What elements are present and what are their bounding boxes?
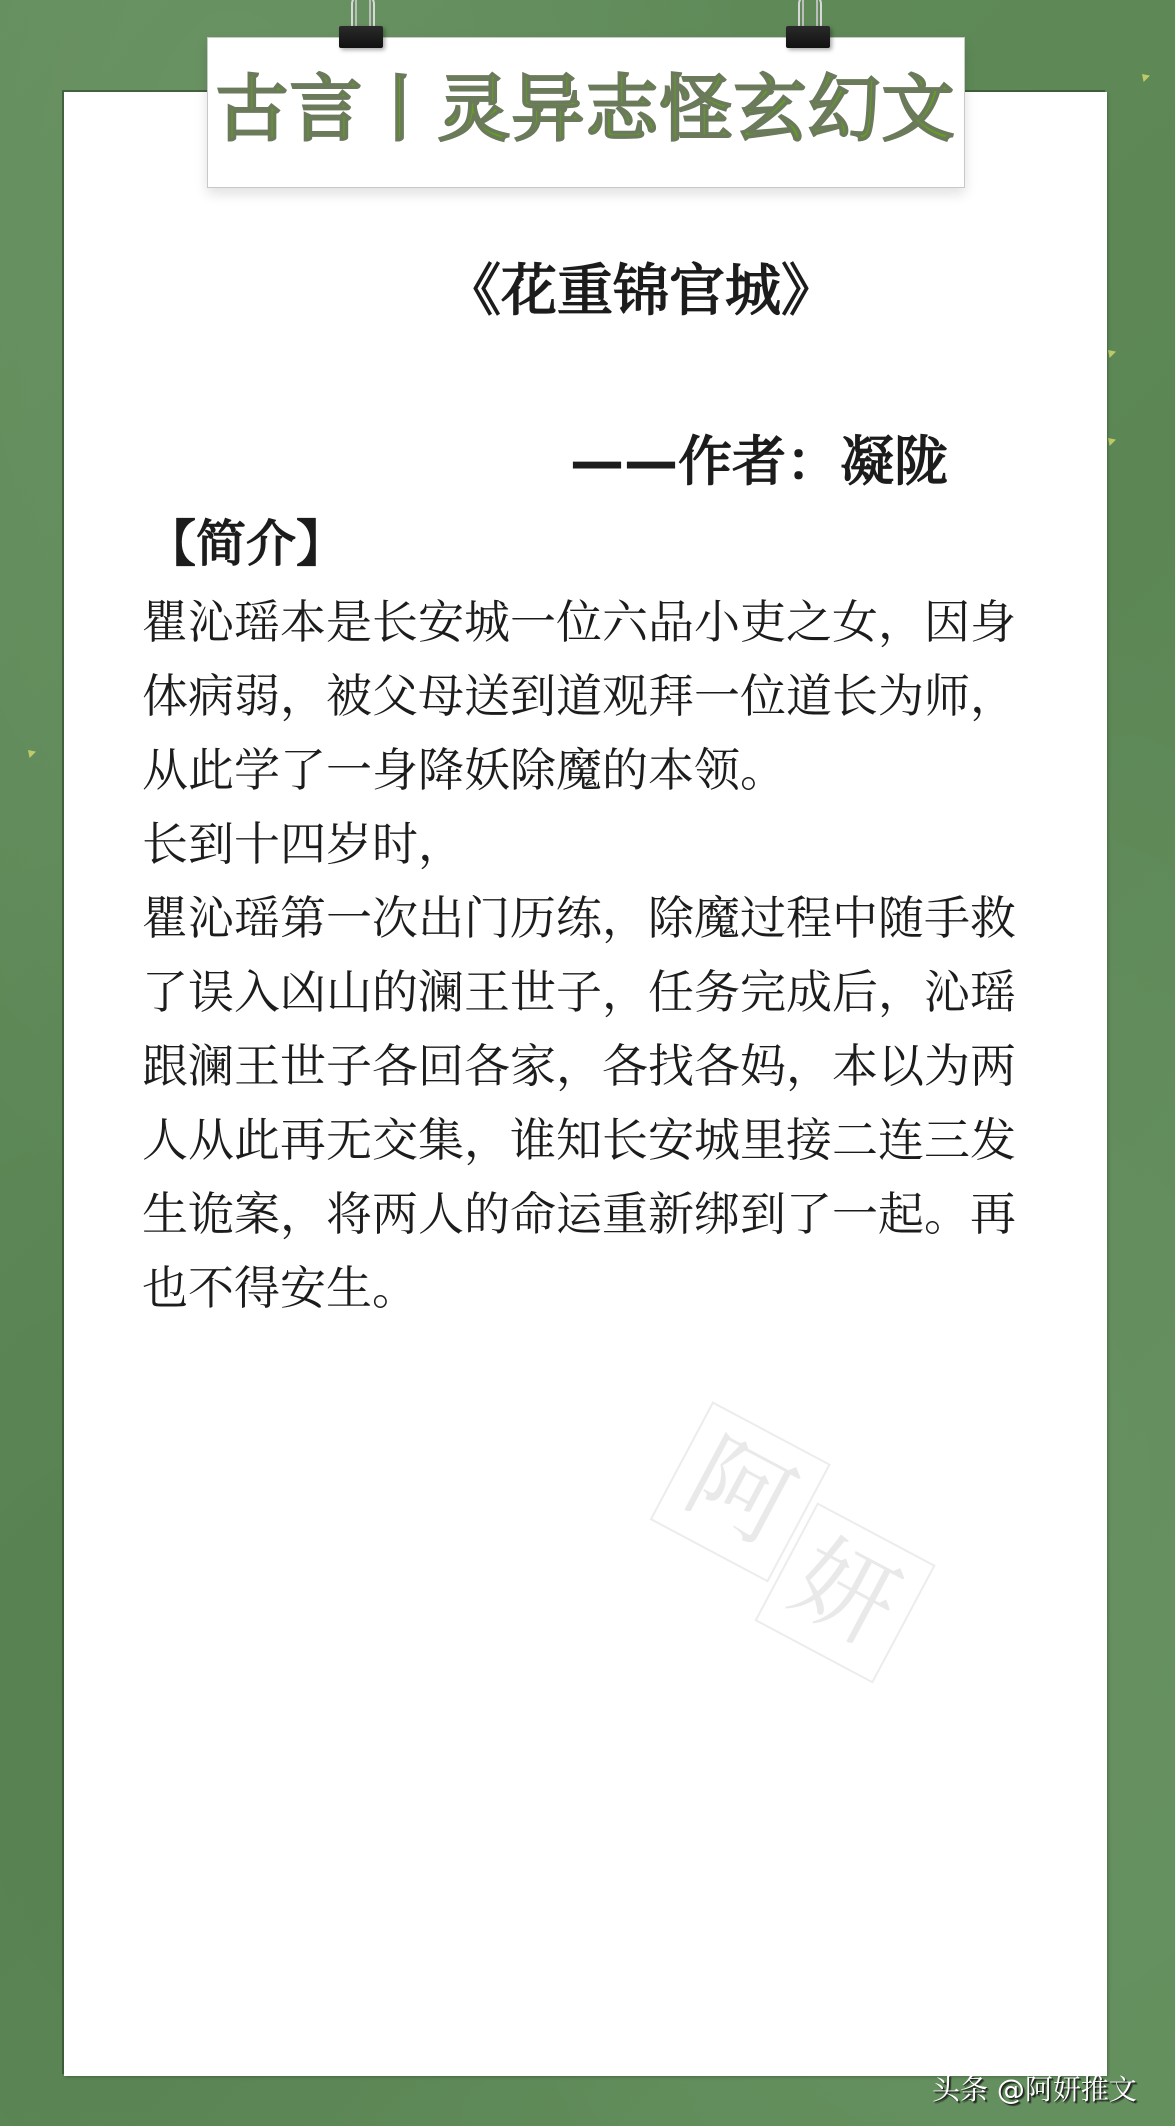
book-author: ——作者：凝陇 [570,430,948,495]
genre-banner: 古言丨灵异志怪玄幻文 [207,37,965,188]
chalk-speck [1108,350,1116,358]
binder-clip-icon [786,0,830,48]
synopsis-line: 瞿沁瑶本是长安城一位六品小吏之女，因身 [142,585,1062,659]
synopsis-line: 长到十四岁时， [142,807,1062,881]
synopsis-line: 生诡案，将两人的命运重新绑到了一起。再 [142,1177,1062,1251]
synopsis-line: 也不得安生。 [142,1251,1062,1325]
synopsis-line: 人从此再无交集，谁知长安城里接二连三发 [142,1103,1062,1177]
synopsis-body: 瞿沁瑶本是长安城一位六品小吏之女，因身 体病弱，被父母送到道观拜一位道长为师， … [142,585,1062,1325]
chalk-speck [1108,438,1116,446]
source-credit: 头条 @阿妍推文 [932,2068,1137,2108]
chalk-speck [1142,74,1150,82]
synopsis-line: 瞿沁瑶第一次出门历练，除魔过程中随手救 [142,881,1062,955]
chalk-speck [28,750,36,758]
synopsis-line: 跟澜王世子各回各家，各找各妈，本以为两 [142,1029,1062,1103]
synopsis-line: 了误入凶山的澜王世子，任务完成后，沁瑶 [142,955,1062,1029]
book-title: 《花重锦官城》 [445,258,837,325]
synopsis-heading: 【简介】 [146,514,346,574]
binder-clip-icon [339,0,383,48]
genre-banner-title: 古言丨灵异志怪玄幻文 [216,73,956,145]
synopsis-line: 体病弱，被父母送到道观拜一位道长为师， [142,659,1062,733]
synopsis-line: 从此学了一身降妖除魔的本领。 [142,733,1062,807]
